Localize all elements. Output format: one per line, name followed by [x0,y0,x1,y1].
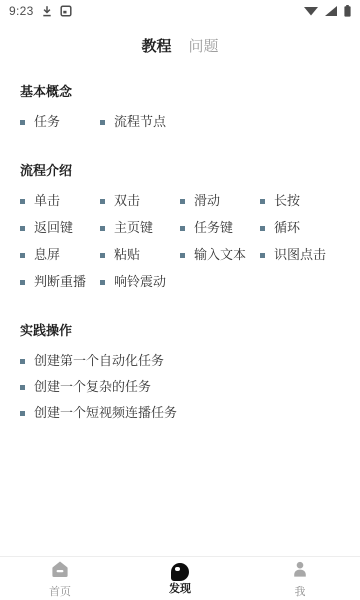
nav-item-me[interactable]: 我 [240,557,360,600]
nav-item-home[interactable]: 首页 [0,557,120,600]
tutorial-link-label: 主页键 [114,221,153,235]
tutorial-link-label: 滑动 [194,194,220,208]
tutorial-link-label: 长按 [274,194,300,208]
bullet-icon [180,226,185,231]
tutorial-link-label: 双击 [114,194,140,208]
tutorial-link-swipe[interactable]: 滑动 [180,194,260,208]
tutorial-link-label: 息屏 [34,248,60,262]
bullet-icon [260,199,265,204]
section-practice: 实践操作 创建第一个自动化任务 创建一个复杂的任务 创建一个短视频连播任务 [20,320,340,420]
bullet-icon [260,253,265,258]
tutorial-link-video-chain-task[interactable]: 创建一个短视频连播任务 [20,406,340,420]
bullet-icon [180,253,185,258]
section-flow-intro: 流程介绍 单击 双击 滑动 长按 返回键 [20,160,340,289]
clock: 9:23 [9,4,34,18]
tutorial-link-label: 循环 [274,221,300,235]
tutorial-link-label: 创建一个短视频连播任务 [34,406,177,420]
tutorial-link-label: 创建第一个自动化任务 [34,354,164,368]
bullet-icon [100,226,105,231]
section-basic-concepts: 基本概念 任务 流程节点 [20,81,340,129]
bullet-icon [20,280,25,285]
tutorial-link-paste[interactable]: 粘贴 [100,248,180,262]
tutorial-link-image-click[interactable]: 识图点击 [260,248,340,262]
battery-icon [344,5,351,17]
tutorial-link-task[interactable]: 任务 [20,115,100,129]
tutorial-link-double-click[interactable]: 双击 [100,194,180,208]
section-title: 实践操作 [20,320,340,339]
signal-icon [325,6,337,16]
bullet-icon [20,226,25,231]
tutorial-link-long-press[interactable]: 长按 [260,194,340,208]
tutorial-link-back-key[interactable]: 返回键 [20,221,100,235]
status-bar: 9:23 [0,0,360,22]
nav-label: 首页 [49,586,71,598]
tutorial-link-label: 返回键 [34,221,73,235]
bullet-icon [20,253,25,258]
bullet-icon [20,120,25,125]
bullet-icon [20,385,25,390]
tutorial-link-label: 响铃震动 [114,275,166,289]
wifi-icon [304,6,318,16]
tutorial-link-complex-task[interactable]: 创建一个复杂的任务 [20,380,340,394]
discover-icon [171,563,189,581]
bottom-nav: 首页 发现 我 [0,556,360,600]
bullet-icon [100,253,105,258]
tutorial-link-home-key[interactable]: 主页键 [100,221,180,235]
tutorial-link-input-text[interactable]: 输入文本 [180,248,260,262]
section-title: 基本概念 [20,81,340,100]
tutorial-link-click[interactable]: 单击 [20,194,100,208]
nav-item-discover[interactable]: 发现 [120,557,240,600]
bullet-icon [100,280,105,285]
tutorial-link-ring-vibrate[interactable]: 响铃震动 [100,275,180,289]
tutorial-link-label: 输入文本 [194,248,246,262]
home-icon [50,560,70,584]
bullet-icon [20,411,25,416]
tutorial-link-label: 流程节点 [114,115,166,129]
nav-label: 我 [295,586,306,598]
tutorial-link-judge-replay[interactable]: 判断重播 [20,275,100,289]
person-icon [290,560,310,584]
tutorial-link-label: 创建一个复杂的任务 [34,380,151,394]
bullet-icon [20,199,25,204]
tab-questions[interactable]: 问题 [189,35,219,56]
bullet-icon [260,226,265,231]
download-icon [41,5,53,17]
tutorial-link-label: 任务键 [194,221,233,235]
tutorial-link-first-auto-task[interactable]: 创建第一个自动化任务 [20,354,340,368]
tutorial-content: 基本概念 任务 流程节点 流程介绍 单击 双击 [0,81,360,420]
bullet-icon [180,199,185,204]
tutorial-link-loop[interactable]: 循环 [260,221,340,235]
header-tabs: 教程 问题 [0,22,360,66]
tutorial-link-label: 单击 [34,194,60,208]
bullet-icon [100,120,105,125]
tutorial-link-label: 判断重播 [34,275,86,289]
tutorial-link-label: 任务 [34,115,60,129]
tab-tutorial[interactable]: 教程 [141,35,171,56]
bullet-icon [20,359,25,364]
bullet-icon [100,199,105,204]
tutorial-link-label: 识图点击 [274,248,326,262]
tutorial-link-label: 粘贴 [114,248,140,262]
screenshot-icon [60,5,72,17]
section-title: 流程介绍 [20,160,340,179]
tutorial-link-screen-off[interactable]: 息屏 [20,248,100,262]
nav-label: 发现 [169,583,191,595]
tutorial-link-flow-node[interactable]: 流程节点 [100,115,180,129]
tutorial-link-task-key[interactable]: 任务键 [180,221,260,235]
